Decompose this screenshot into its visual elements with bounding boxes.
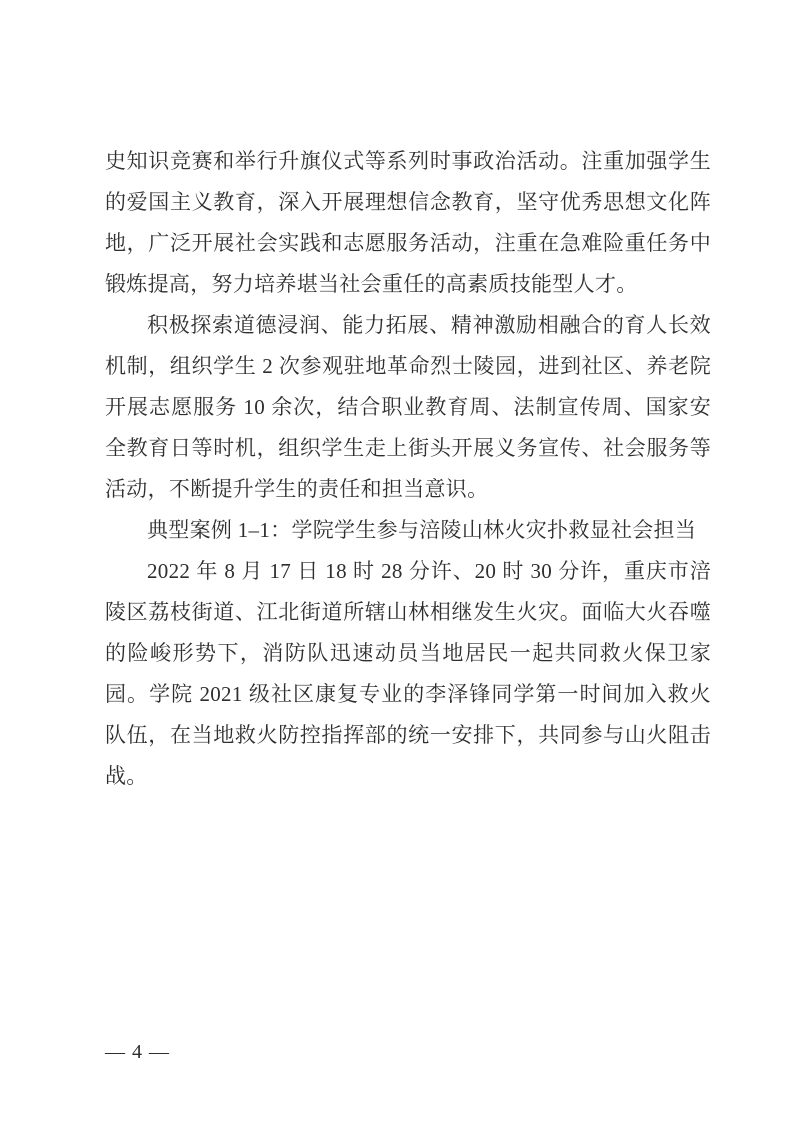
text-line: 锻炼提高，努力培养堪当社会重任的高素质技能型人才。 [105, 264, 711, 305]
text-line: 陵区荔枝街道、江北街道所辖山林相继发生火灾。面临大火吞噬 [105, 592, 711, 633]
text-line: 战。 [105, 756, 711, 797]
text-line: 活动，不断提升学生的责任和担当意识。 [105, 469, 711, 510]
text-line: 机制，组织学生 2 次参观驻地革命烈士陵园，进到社区、养老院 [105, 346, 711, 387]
text-line: 积极探索道德浸润、能力拓展、精神激励相融合的育人长效 [105, 305, 711, 346]
text-line: 的爱国主义教育，深入开展理想信念教育，坚守优秀思想文化阵 [105, 182, 711, 223]
document-body: 史知识竞赛和举行升旗仪式等系列时事政治活动。注重加强学生的爱国主义教育，深入开展… [105, 141, 711, 797]
text-line: 开展志愿服务 10 余次，结合职业教育周、法制宣传周、国家安 [105, 387, 711, 428]
text-line: 全教育日等时机，组织学生走上街头开展义务宣传、社会服务等 [105, 428, 711, 469]
text-line: 的险峻形势下，消防队迅速动员当地居民一起共同救火保卫家 [105, 633, 711, 674]
text-line: 2022 年 8 月 17 日 18 时 28 分许、20 时 30 分许，重庆… [105, 551, 711, 592]
document-page: 史知识竞赛和举行升旗仪式等系列时事政治活动。注重加强学生的爱国主义教育，深入开展… [0, 0, 800, 1131]
text-line: 地，广泛开展社会实践和志愿服务活动，注重在急难险重任务中 [105, 223, 711, 264]
text-line: 典型案例 1–1：学院学生参与涪陵山林火灾扑救显社会担当 [105, 510, 711, 551]
text-line: 园。学院 2021 级社区康复专业的李泽锋同学第一时间加入救火 [105, 674, 711, 715]
text-line: 队伍，在当地救火防控指挥部的统一安排下，共同参与山火阻击 [105, 715, 711, 756]
page-number: — 4 — [105, 1040, 170, 1064]
text-line: 史知识竞赛和举行升旗仪式等系列时事政治活动。注重加强学生 [105, 141, 711, 182]
